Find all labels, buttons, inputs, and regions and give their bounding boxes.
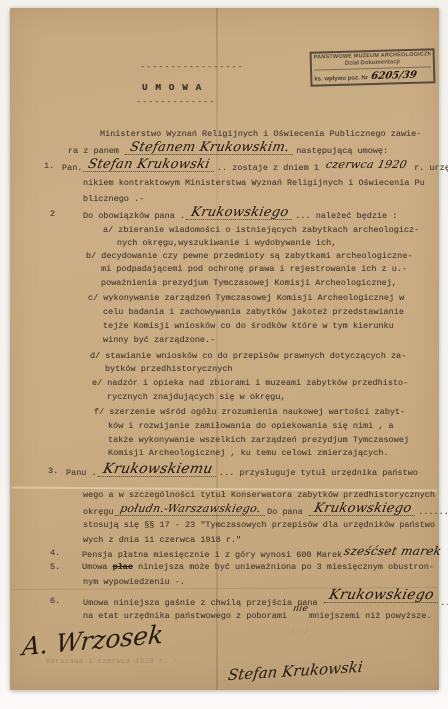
- typed-text: następującą umowę:: [296, 146, 388, 156]
- typed-text: ... przysługuje tytuł urzędnika państwo: [219, 468, 418, 478]
- typed-text: a/ zbieranie wiadomości o istniejących z…: [103, 225, 419, 235]
- typed-text: 5.: [50, 562, 60, 572]
- doc-line: mi podpadającemi pod ochronę prawa i rej…: [101, 264, 407, 275]
- doc-line: bytków przedhistorycznych: [105, 364, 233, 375]
- typed-text: ...........: [418, 507, 448, 517]
- typed-text: niniejsza może być unieważniona po 3 mie…: [133, 562, 434, 572]
- doc-line: celu badania i zachowywania zabytków jak…: [103, 307, 404, 318]
- doc-line: 5.: [50, 562, 60, 573]
- doc-line: 4.: [50, 548, 60, 559]
- typed-text: 3.: [48, 466, 58, 476]
- typed-text: Panu .: [66, 468, 97, 478]
- typed-text: blicznego .-: [83, 194, 144, 204]
- typed-text: stosują się §§ 17 - 23 "Tymczasowych prz…: [83, 520, 435, 530]
- handwriting: sześćset marek: [343, 546, 443, 557]
- doc-line: tejże Komisji wniosków co do środków któ…: [103, 321, 394, 332]
- typed-text: ... należeć będzie :: [295, 211, 397, 221]
- doc-line: Pensja płatna miesięcznie i z góry wynos…: [82, 548, 443, 561]
- typed-text: Pensja płatna miesięcznie i z góry wynos…: [82, 550, 342, 560]
- typed-text: rycznych znajdujących się w okręgu,: [107, 392, 286, 402]
- typed-text: ków i rozwijanie zamiłowania do opiekowa…: [108, 421, 394, 431]
- handwriting: Krukowskiemu: [97, 464, 218, 477]
- typed-text: ra z panem: [68, 146, 124, 156]
- doc-line: Ministerstwo Wyznań Religijnych i Oświec…: [100, 129, 421, 140]
- typed-text: Pan.: [62, 163, 82, 173]
- typed-text: bytków przedhistorycznych: [105, 364, 233, 374]
- typed-text: c/ wykonywanie zarządzeń Tymczasowej Kom…: [88, 293, 404, 303]
- handwriting: Stefan Krukowski: [83, 159, 216, 172]
- doc-line: ków i rozwijanie zamiłowania do opiekowa…: [108, 421, 394, 432]
- doc-line: nych okręgu,wyszukiwanie i wydobywanie i…: [117, 238, 336, 249]
- doc-line: 1.: [44, 161, 54, 172]
- typed-text: Do pana: [267, 507, 308, 517]
- scanned-document: ----------------- U M O W A ------------…: [0, 0, 448, 709]
- bleed-through-mark: /-/: [290, 628, 310, 637]
- doc-line: wych z dnia 11 czerwca 1918 r.": [83, 535, 241, 546]
- typed-layer: Ministerstwo Wyznań Religijnych i Oświec…: [0, 0, 448, 709]
- doc-line: Panu .Krukowskiemu... przysługuje tytuł …: [66, 466, 418, 479]
- typed-text: Ministerstwo Wyznań Religijnych i Oświec…: [100, 129, 421, 139]
- doc-line: poważnienia prezydjum Tymczasowej Komisj…: [101, 278, 397, 289]
- doc-line: b/ decydowanie czy pewne przedmioty są z…: [86, 251, 412, 262]
- typed-text: wego a w szczególności tytuł Konserwator…: [83, 490, 435, 500]
- handwriting: czerwca 1920: [325, 159, 408, 170]
- typed-text: winny być zarządzone.-: [103, 335, 215, 345]
- handwriting: Krukowskiego: [309, 503, 418, 516]
- doc-line: także wykonywanie wszelkich zarządzeń pr…: [108, 435, 409, 446]
- doc-line: Umowa niniejsza gaśnie z chwilą przejści…: [83, 596, 448, 609]
- doc-line: rycznych znajdujących się w okręgu,: [107, 392, 286, 403]
- typed-text: na etat urzędnika państwowego z poborami: [83, 611, 292, 621]
- doc-line: Do obowiązków pana .Krukowskiego... nale…: [83, 209, 397, 222]
- typed-text: 4.: [50, 548, 60, 558]
- typed-text: 2: [50, 209, 55, 219]
- typed-text: Komisji Archeologicznej , ku temu celowi…: [108, 448, 389, 458]
- typed-text: płac: [113, 562, 133, 572]
- doc-line: f/ szerzenie wśród ogółu zrozumienia nau…: [94, 407, 405, 418]
- typed-text: Umowa: [82, 562, 113, 572]
- doc-line: Umowa płac niniejsza może być unieważnio…: [82, 562, 434, 573]
- typed-text: .. zostaje z dniem 1: [217, 163, 324, 173]
- typed-text: także wykonywanie wszelkich zarządzeń pr…: [108, 435, 409, 445]
- doc-line: c/ wykonywanie zarządzeń Tymczasowej Kom…: [88, 293, 404, 304]
- signature-date-faint: Warszawa 1 czerwca 1920 r. -: [46, 658, 178, 666]
- handwriting: Krukowskiego: [323, 590, 439, 603]
- doc-line: 6.: [50, 596, 60, 607]
- doc-line: wego a w szczególności tytuł Konserwator…: [83, 490, 435, 501]
- doc-line: e/ nadzór i opieka nad zbiorami i muzeam…: [92, 378, 408, 389]
- typed-text: nym wypowiedzeniu -.: [83, 577, 185, 587]
- typed-text: mi podpadającemi pod ochronę prawa i rej…: [101, 264, 407, 274]
- doc-line: nym wypowiedzeniu -.: [83, 577, 185, 588]
- handwriting: nie: [292, 604, 309, 615]
- typed-text: ....: [440, 598, 448, 608]
- typed-text: wych z dnia 11 czerwca 1918 r.": [83, 535, 241, 545]
- handwriting: Krukowskiego: [186, 207, 295, 220]
- typed-text: d/ stawianie wniosków co do przepisów pr…: [90, 351, 406, 361]
- doc-line: winny być zarządzone.-: [103, 335, 215, 346]
- typed-text: celu badania i zachowywania zabytków jak…: [103, 307, 404, 317]
- typed-text: tejże Komisji wniosków co do środków któ…: [103, 321, 394, 331]
- handwriting: Stefanem Krukowskim.: [125, 142, 296, 155]
- doc-line: d/ stawianie wniosków co do przepisów pr…: [90, 351, 406, 362]
- doc-line: blicznego .-: [83, 194, 144, 205]
- typed-text: okręgu: [83, 507, 114, 517]
- doc-line: 3.: [48, 466, 58, 477]
- doc-line: a/ zbieranie wiadomości o istniejących z…: [103, 225, 419, 236]
- doc-line: okręgupołudn.-Warszawskiego.Do pana Kruk…: [83, 505, 448, 518]
- typed-text: Do obowiązków pana .: [83, 211, 185, 221]
- doc-line: 2: [50, 209, 55, 220]
- typed-text: r. urzęd-: [409, 163, 448, 173]
- doc-line: Pan.Stefan Krukowski.. zostaje z dniem 1…: [62, 161, 448, 174]
- handwriting: połudn.-Warszawskiego.: [114, 503, 266, 516]
- doc-line: na etat urzędnika państwowego z poborami…: [83, 611, 431, 622]
- typed-text: f/ szerzenie wśród ogółu zrozumienia nau…: [94, 407, 405, 417]
- doc-line: Komisji Archeologicznej , ku temu celowi…: [108, 448, 389, 459]
- typed-text: mniejszemi niż powyższe.: [309, 611, 431, 621]
- typed-text: 1.: [44, 161, 54, 171]
- doc-line: stosują się §§ 17 - 23 "Tymczasowych prz…: [83, 520, 435, 531]
- typed-text: e/ nadzór i opieka nad zbiorami i muzeam…: [92, 378, 408, 388]
- typed-text: nikiem kontraktowym Ministerstwa Wyznań …: [83, 178, 425, 188]
- typed-text: poważnienia prezydjum Tymczasowej Komisj…: [101, 278, 397, 288]
- doc-line: nikiem kontraktowym Ministerstwa Wyznań …: [83, 178, 425, 189]
- typed-text: nych okręgu,wyszukiwanie i wydobywanie i…: [117, 238, 336, 248]
- typed-text: Umowa niniejsza gaśnie z chwilą przejści…: [83, 598, 323, 608]
- typed-text: 6.: [50, 596, 60, 606]
- doc-line: ra z panem Stefanem Krukowskim.następują…: [68, 144, 388, 157]
- typed-text: b/ decydowanie czy pewne przedmioty są z…: [86, 251, 412, 261]
